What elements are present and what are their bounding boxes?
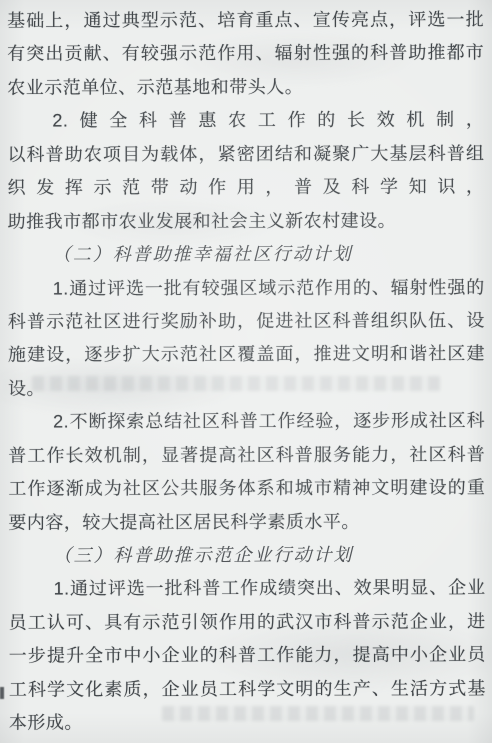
- section-heading: （二）科普助推幸福社区行动计划: [8, 237, 485, 272]
- text-line: 有突出贡献、有较强示范作用、辐射性强的科普助推都市: [7, 37, 484, 72]
- text-line: 助推我市都市农业发展和社会主义新农村建设。: [8, 204, 485, 239]
- text-line: 1.通过评选一批有较强区域示范作用的、辐射性强的: [8, 271, 485, 306]
- text-line: 基础上，通过典型示范、培育重点、宣传亮点，评选一批: [7, 3, 484, 38]
- text-line: 工科学文化素质，企业员工科学文明的生产、生活方式基: [9, 672, 486, 707]
- text-line: 农业示范单位、示范基地和带头人。: [7, 70, 484, 105]
- text-line: 2.不断探索总结社区科普工作经验，逐步形成社区科: [8, 405, 485, 440]
- section-heading: （三）科普助推示范企业行动计划: [8, 538, 485, 573]
- text-line: 科普示范社区进行奖励补助，促进社区科普组织队伍、设: [8, 304, 485, 339]
- text-line: 设。: [8, 371, 485, 406]
- text-line: 施建设，逐步扩大示范社区覆盖面，推进文明和谐社区建: [8, 338, 485, 373]
- scan-edge-mark: [0, 687, 4, 699]
- text-line: 本形成。: [9, 706, 486, 741]
- text-line: 工作逐渐成为社区公共服务体系和城市精神文明建设的重: [8, 472, 485, 507]
- text-line: 一步提升全市中小企业的科普工作能力，提高中小企业员: [9, 639, 486, 674]
- text-line: 员工认可、具有示范引领作用的武汉市科普示范企业，进: [9, 605, 486, 640]
- text-line: 织发挥示范带动作用，普及科学知识，提升农民科学素质，: [7, 171, 484, 206]
- text-line: 以科普助农项目为载体，紧密团结和凝聚广大基层科普组: [7, 137, 484, 172]
- text-line: 普工作长效机制，显著提高社区科普服务能力，社区科普: [8, 438, 485, 473]
- text-line: 2.健全科普惠农工作的长效机制，稳固项目阵地建设。: [7, 104, 484, 139]
- text-block: 基础上，通过典型示范、培育重点、宣传亮点，评选一批有突出贡献、有较强示范作用、辐…: [7, 3, 486, 740]
- page-container: 基础上，通过典型示范、培育重点、宣传亮点，评选一批有突出贡献、有较强示范作用、辐…: [0, 0, 492, 743]
- text-line: 要内容，较大提高社区居民科学素质水平。: [8, 505, 485, 540]
- text-line: 1.通过评选一批科普工作成绩突出、效果明显、企业: [9, 572, 486, 607]
